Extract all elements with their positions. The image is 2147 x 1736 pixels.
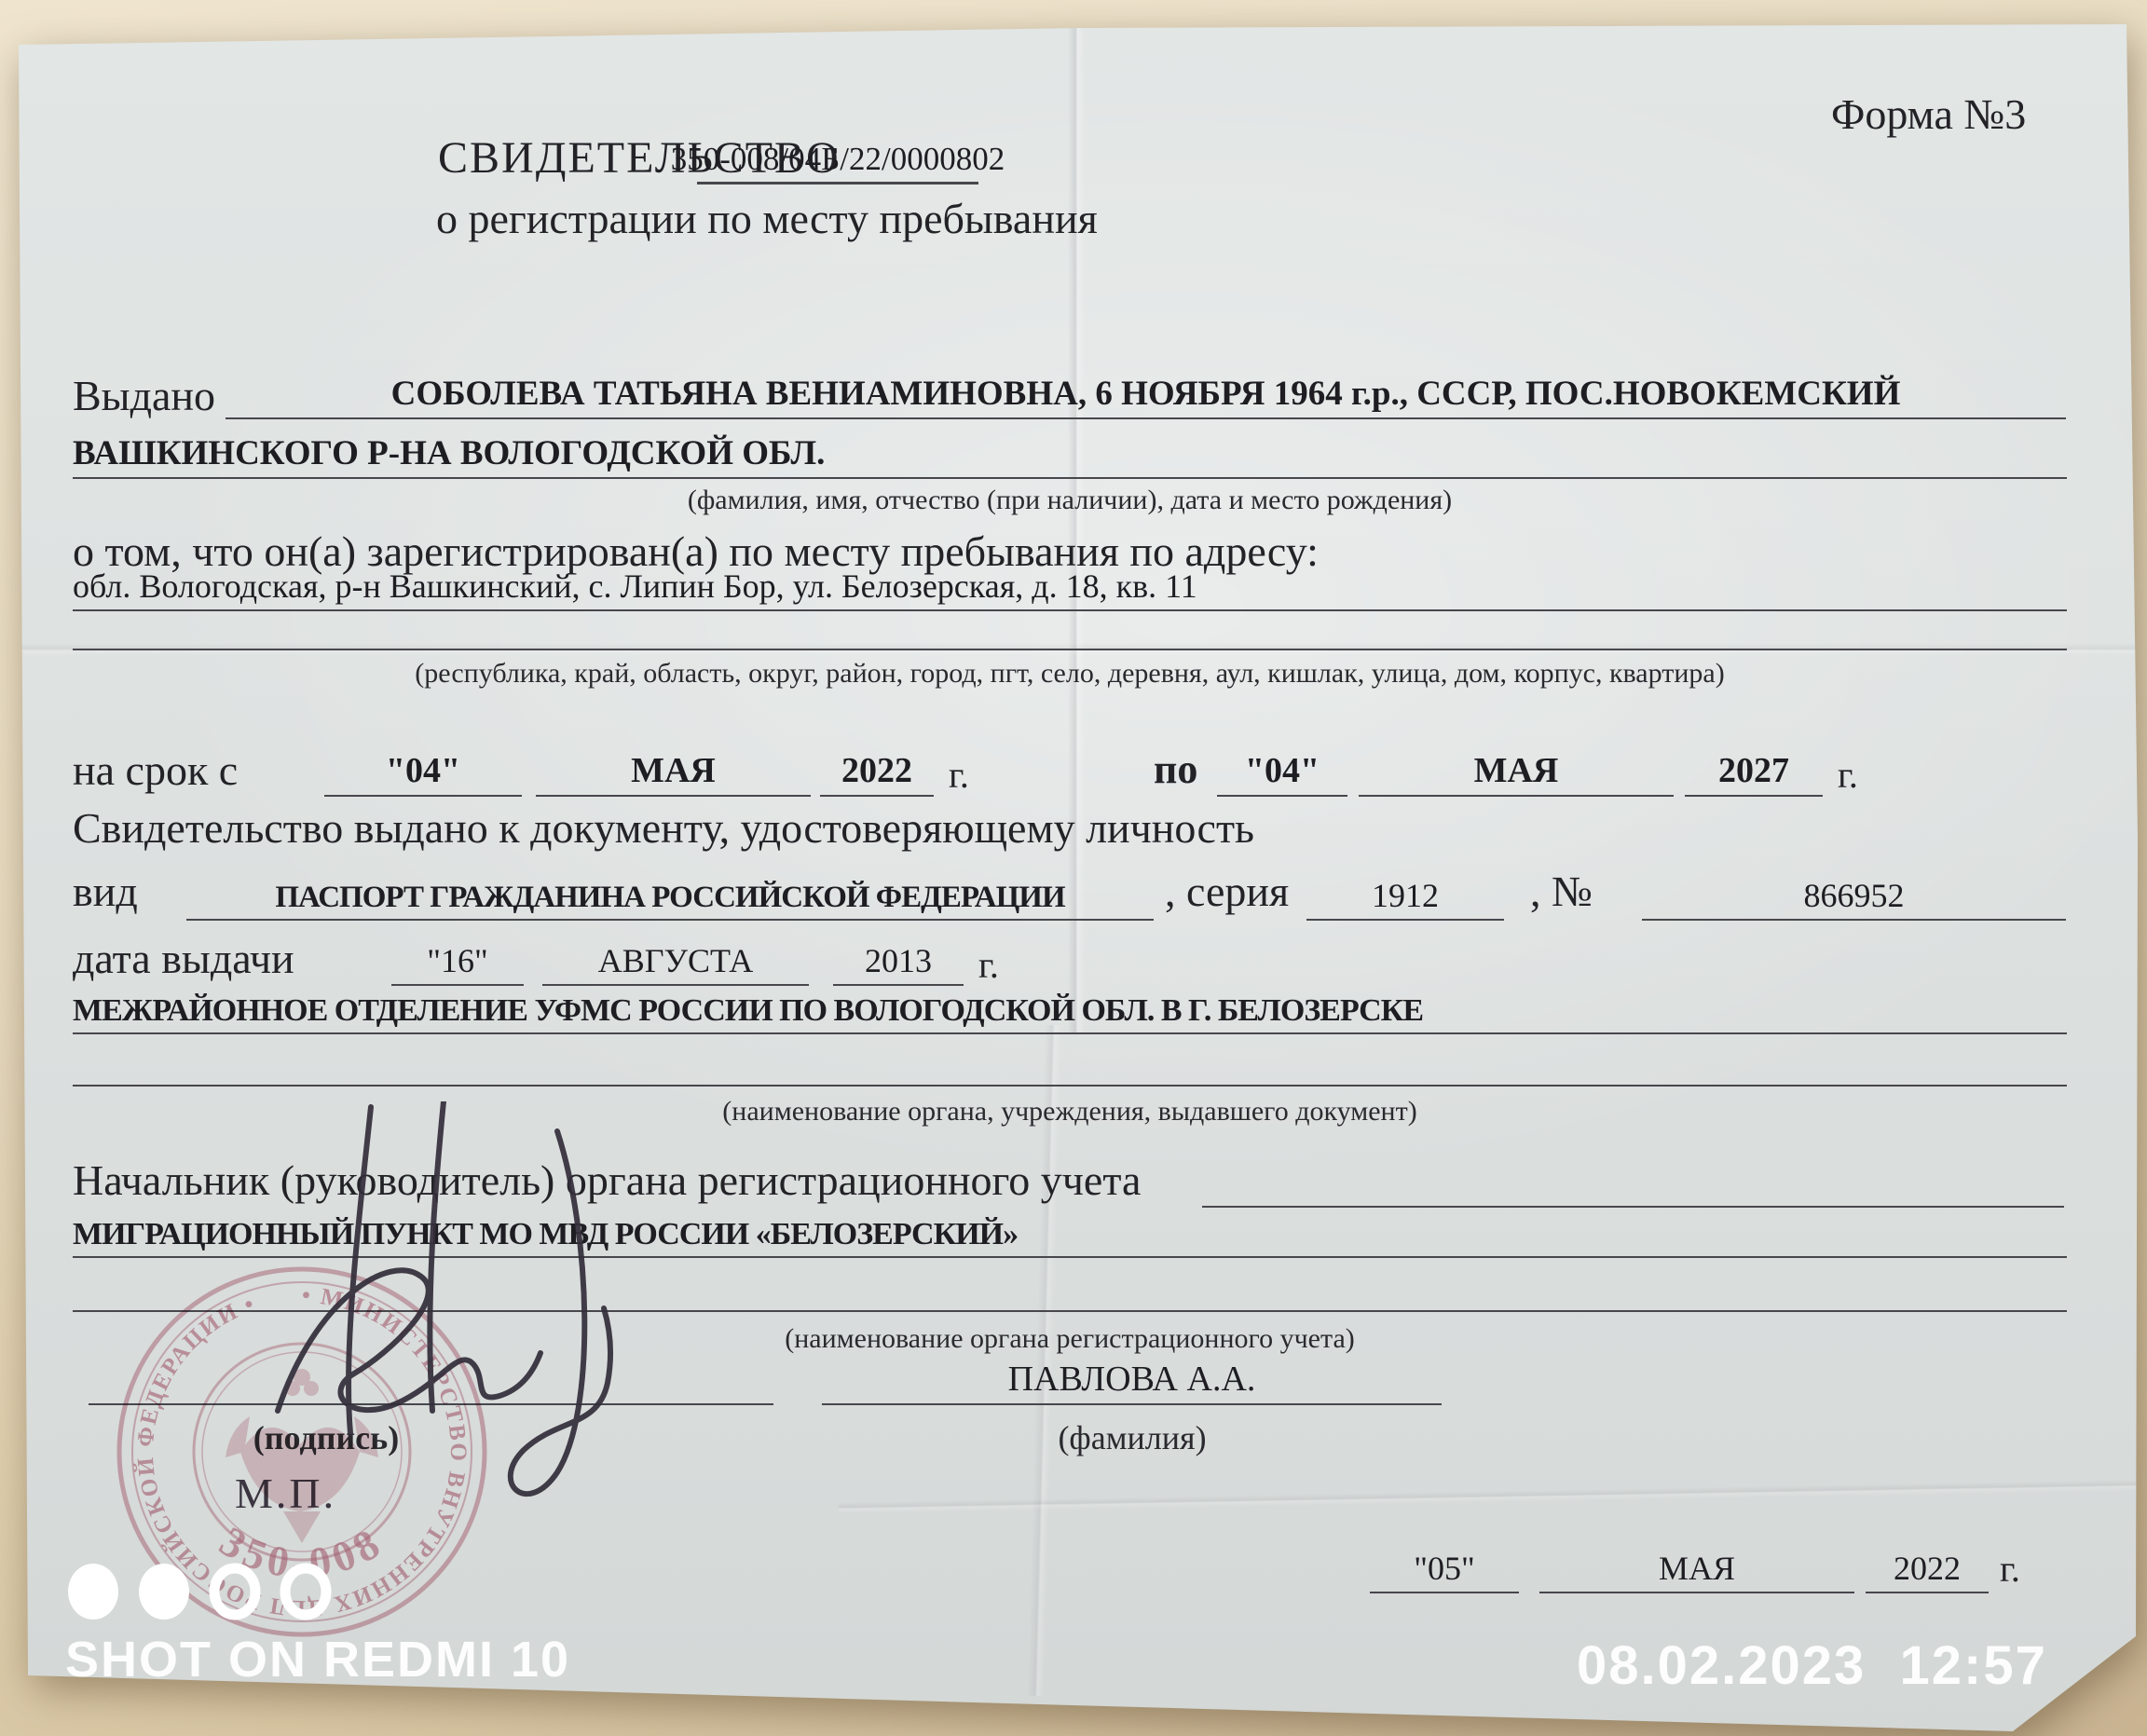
- term-to-month: МАЯ: [1474, 750, 1559, 791]
- photo-timestamp: 08.02.2023 12:57: [1577, 1634, 2047, 1697]
- identity-number-value: 866952: [1804, 876, 1905, 915]
- identity-series-value: 1912: [1372, 876, 1439, 915]
- photo-of-document: { "photo": { "watermark": "SHOT ON REDMI…: [0, 0, 2147, 1736]
- issue-date-year-field: 2022: [1866, 1536, 1989, 1593]
- term-from-year-field: 2022: [820, 745, 934, 797]
- address-field-blank: [73, 615, 2067, 650]
- dot-filled-icon: [68, 1564, 118, 1620]
- term-g2: г.: [1838, 753, 1858, 797]
- issue-date-year: 2022: [1894, 1549, 1961, 1588]
- identity-type-value: ПАСПОРТ ГРАЖДАНИНА РОССИЙСКОЙ ФЕДЕРАЦИИ: [275, 881, 1064, 915]
- term-from-year: 2022: [841, 750, 912, 791]
- issued-name-line2: ВАШКИНСКОГО Р-НА ВОЛОГОДСКОЙ ОБЛ.: [73, 433, 825, 473]
- doc-subtitle: о регистрации по месту пребывания: [436, 194, 1098, 243]
- term-to-year-field: 2027: [1685, 745, 1823, 797]
- issued-hint: (фамилия, имя, отчество (при наличии), д…: [73, 485, 2067, 516]
- identity-issue-year: 2013: [865, 941, 932, 980]
- term-to-day: "04": [1245, 750, 1320, 791]
- term-label: на срок с: [73, 745, 238, 795]
- issue-date-month-field: МАЯ: [1539, 1536, 1854, 1593]
- identity-issuer-field: МЕЖРАЙОННОЕ ОТДЕЛЕНИЕ УФМС РОССИИ ПО ВОЛ…: [73, 991, 2067, 1034]
- identity-series-field: 1912: [1306, 867, 1504, 921]
- issue-date-month: МАЯ: [1659, 1549, 1735, 1588]
- identity-issue-day: "16": [427, 941, 487, 980]
- head-name-hint: (фамилия): [932, 1418, 1333, 1457]
- document-paper-shadow: Форма №3 СВИДЕТЕЛЬСТВО 350-008/04Б/22/00…: [0, 0, 2147, 1736]
- address-field: обл. Вологодская, р-н Вашкинский, с. Лип…: [73, 570, 2067, 611]
- issue-date-g: г.: [2000, 1547, 2020, 1591]
- term-from-day-field: "04": [324, 745, 522, 797]
- doc-number-field: 350-008/04Б/22/0000802: [697, 134, 978, 185]
- identity-intro: Свидетельство выдано к документу, удосто…: [73, 803, 1254, 853]
- form-number-label: Форма №3: [1831, 89, 2026, 139]
- issue-date-day-field: "05": [1370, 1536, 1519, 1593]
- doc-number-value: 350-008/04Б/22/0000802: [671, 141, 1005, 178]
- head-name-value: ПАВЛОВА А.А.: [1008, 1359, 1256, 1400]
- issued-name-line1: СОБОЛЕВА ТАТЬЯНА ВЕНИАМИНОВНА, 6 НОЯБРЯ …: [391, 374, 1901, 414]
- head-name-field: ПАВЛОВА А.А.: [822, 1353, 1442, 1405]
- issued-name-field: СОБОЛЕВА ТАТЬЯНА ВЕНИАМИНОВНА, 6 НОЯБРЯ …: [226, 371, 2066, 419]
- head-label-blank-line: [1202, 1163, 2064, 1208]
- identity-series-label: , серия: [1165, 867, 1289, 916]
- identity-number-label: , №: [1530, 867, 1593, 916]
- address-hint: (республика, край, область, округ, район…: [73, 658, 2067, 690]
- identity-g: г.: [978, 943, 999, 987]
- term-from-month-field: МАЯ: [536, 745, 811, 797]
- identity-issuer-field-blank: [73, 1044, 2067, 1087]
- address-value: обл. Вологодская, р-н Вашкинский, с. Лип…: [73, 567, 1197, 606]
- identity-issue-year-field: 2013: [833, 934, 964, 986]
- identity-issue-month: АВГУСТА: [598, 941, 754, 980]
- fold-crease-horizontal-2: [839, 1480, 2143, 1513]
- identity-issue-day-field: "16": [391, 934, 524, 986]
- term-to-year: 2027: [1718, 750, 1789, 791]
- handwritten-signature: [250, 1101, 641, 1530]
- issue-date-day: "05": [1414, 1549, 1474, 1588]
- term-to-month-field: МАЯ: [1359, 745, 1674, 797]
- identity-type-label: вид: [73, 867, 138, 916]
- document-paper: Форма №3 СВИДЕТЕЛЬСТВО 350-008/04Б/22/00…: [0, 0, 2147, 1736]
- identity-issue-month-field: АВГУСТА: [542, 934, 809, 986]
- term-from-day: "04": [386, 750, 460, 791]
- term-g1: г.: [949, 753, 969, 797]
- term-to-day-field: "04": [1217, 745, 1347, 797]
- identity-date-label: дата выдачи: [73, 934, 294, 983]
- camera-watermark: SHOT ON REDMI 10: [65, 1631, 570, 1688]
- identity-issuer-value: МЕЖРАЙОННОЕ ОТДЕЛЕНИЕ УФМС РОССИИ ПО ВОЛ…: [73, 993, 1423, 1029]
- identity-number-field: 866952: [1642, 867, 2066, 921]
- identity-type-field: ПАСПОРТ ГРАЖДАНИНА РОССИЙСКОЙ ФЕДЕРАЦИИ: [186, 867, 1154, 921]
- dot-outline-icon: [214, 1568, 255, 1615]
- dot-filled-icon: [139, 1564, 189, 1620]
- issued-label: Выдано: [73, 371, 215, 420]
- dot-outline-icon: [285, 1568, 326, 1615]
- term-to-label: по: [1154, 745, 1197, 793]
- issued-name-field-line2: ВАШКИНСКОГО Р-НА ВОЛОГОДСКОЙ ОБЛ.: [73, 431, 2067, 479]
- watermark-dots: [65, 1562, 345, 1626]
- term-from-month: МАЯ: [631, 750, 716, 791]
